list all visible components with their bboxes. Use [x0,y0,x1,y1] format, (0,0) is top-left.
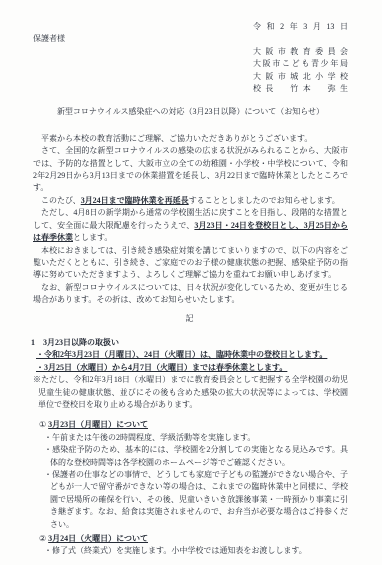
ki-marker: 記 [33,313,348,325]
section-heading: 1 3月23日以降の取扱い [31,337,348,349]
document-title: 新型コロナウイルス感染症への対応（3月23日以降）について（お知らせ） [33,106,348,118]
paragraph: 平素から本校の教育活動にご理解、ご協力いただきありがとうございます。 [33,133,348,145]
paragraph-text: とします。 [73,233,112,242]
list-item: ・修了式（終業式）を実施します。小中学校では通知表をお渡しします。 [44,545,348,557]
document-date: 令和2年3月13日 [253,21,348,33]
subsection-2: ②3月24日（火曜日）について ・修了式（終業式）を実施します。小中学校では通知… [33,533,348,558]
paragraph-text: 平素から本校の教育活動にご理解、ご協力いただきありがとうございます。 [41,134,312,143]
bullet-line: ・3月25日（水曜日）から4月7日（火曜日）までは春季休業とします。 [36,362,348,374]
paragraph-text: 本校におきましては、引き続き感染症対策を講じてまいりますので、以下の内容をご覧い… [33,246,348,280]
recipient: 保護者様 [33,33,348,45]
body-text: 平素から本校の教育活動にご理解、ご協力いただきありがとうございます。 さて、全国… [33,133,348,307]
paragraph: 本校におきましては、引き続き感染症対策を講じてまいりますので、以下の内容をご覧い… [33,245,348,282]
sender-line: 大阪市教育委員会 [253,46,348,58]
note-line: ※ただし、令和2年3月18日（水曜日）までに教育委員会として把握する全学校園の幼… [33,374,348,411]
subsection-heading-line: ②3月24日（火曜日）について [39,533,348,545]
bullet-line: ・令和2年3月23日（月曜日）、24日（火曜日）は、臨時休業中の登校日とします。 [36,349,348,361]
sender-line: 校長 竹本 弥生 [253,83,348,95]
subsection-heading-line: ①3月23日（月曜日）について [39,419,348,431]
subsection-1: ①3月23日（月曜日）について ・午前または午後の2時間程度、学級活動等を実施し… [33,419,348,531]
section-1: 1 3月23日以降の取扱い ・令和2年3月23日（月曜日）、24日（火曜日）は、… [33,337,348,558]
circled-number-marker: ② [39,534,46,543]
subsection-heading: 3月24日（火曜日）について [48,534,148,543]
paragraph-text: さて、全国的な新型コロナウイルスの感染の広まる状況がみられることから、大阪市では… [33,146,348,192]
list-item: ・午前または午後の2時間程度、学級活動等を実施します。 [44,432,348,444]
emphasis-text: 3月24日まで臨時休業を再延長 [81,196,189,205]
document-page: 令和2年3月13日 保護者様 大阪市教育委員会 大阪市こども青少年局 大阪市城北… [0,0,382,565]
sender-line: 大阪市城北小学校 [253,71,348,83]
sender-line: 大阪市こども青少年局 [253,58,348,70]
sender-block: 大阪市教育委員会 大阪市こども青少年局 大阪市城北小学校 校長 竹本 弥生 [253,46,348,96]
paragraph: ただし、4月8日の新学期から通常の学校園生活に戻すことを目指し、段階的な措置とし… [33,207,348,244]
list-item: ・保護者の仕事などの事情で、どうしても家庭で子どもの監護ができない場合や、子ども… [44,469,348,531]
circled-number-marker: ① [39,420,46,429]
paragraph-text: することとしましたのでお知らせします。 [189,196,340,205]
paragraph: さて、全国的な新型コロナウイルスの感染の広まる状況がみられることから、大阪市では… [33,145,348,195]
subsection-heading: 3月23日（月曜日）について [48,420,148,429]
list-item: ・感染症予防のため、基本的には、学校園を2分割しての実施となる見込みです。具体的… [44,444,348,469]
paragraph: このたび、3月24日まで臨時休業を再延長することとしましたのでお知らせします。 [33,195,348,207]
paragraph-text: このたび、 [41,196,81,205]
paragraph-text: なお、新型コロナウイルスについては、日々状況が変化しているため、変更が生じる場合… [33,283,348,304]
paragraph: なお、新型コロナウイルスについては、日々状況が変化しているため、変更が生じる場合… [33,282,348,307]
